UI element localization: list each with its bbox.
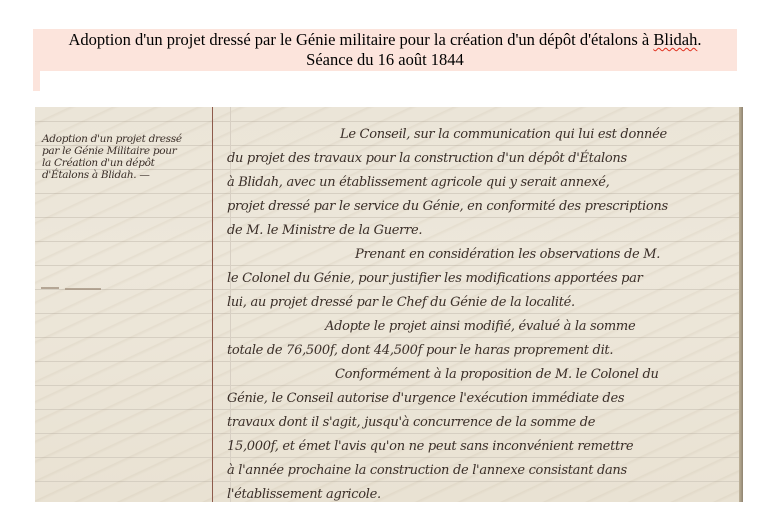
- body-line: totale de 76,500f, dont 44,500f pour le …: [227, 343, 613, 358]
- session-date: Séance du 16 août 1844: [33, 50, 737, 70]
- document-title: Adoption d'un projet dressé par le Génie…: [33, 29, 737, 50]
- margin-dash-mark: [41, 287, 59, 289]
- document-header: Adoption d'un projet dressé par le Génie…: [33, 29, 737, 71]
- body-line: projet dressé par le service du Génie, e…: [227, 199, 668, 214]
- title-text: Adoption d'un projet dressé par le Génie…: [69, 30, 654, 49]
- margin-note: Adoption d'un projet dressé par le Génie…: [42, 133, 182, 181]
- margin-note-line: la Création d'un dépôt: [42, 157, 182, 169]
- body-line: Génie, le Conseil autorise d'urgence l'e…: [227, 391, 624, 406]
- page-binding-edge: [739, 107, 743, 502]
- body-line: de M. le Ministre de la Guerre.: [227, 223, 422, 238]
- body-line: l'établissement agricole.: [227, 487, 381, 502]
- body-line: lui, au projet dressé par le Chef du Gén…: [227, 295, 575, 310]
- body-line: à Blidah, avec un établissement agricole…: [227, 175, 610, 190]
- margin-dash-mark: [65, 288, 101, 290]
- margin-note-line: par le Génie Militaire pour: [42, 145, 182, 157]
- body-line: du projet des travaux pour la constructi…: [227, 151, 627, 166]
- misspelled-word-blidah[interactable]: Blidah: [653, 30, 697, 49]
- manuscript-scan-image: Adoption d'un projet dressé par le Génie…: [35, 107, 743, 502]
- margin-note-line: d'Étalons à Blidah. —: [42, 169, 182, 181]
- body-line: travaux dont il s'agit, jusqu'à concurre…: [227, 415, 595, 430]
- margin-note-line: Adoption d'un projet dressé: [42, 133, 182, 145]
- body-line: le Colonel du Génie, pour justifier les …: [227, 271, 643, 286]
- title-period: .: [697, 30, 701, 49]
- body-line: Conformément à la proposition de M. le C…: [335, 367, 659, 382]
- margin-rule-line: [212, 107, 213, 502]
- empty-paragraph-highlight[interactable]: [33, 71, 40, 91]
- body-line: Adopte le projet ainsi modifié, évalué à…: [325, 319, 635, 334]
- body-line: Le Conseil, sur la communication qui lui…: [340, 127, 667, 142]
- body-line: Prenant en considération les observation…: [355, 247, 660, 262]
- body-line: à l'année prochaine la construction de l…: [227, 463, 627, 478]
- body-line: 15,000f, et émet l'avis qu'on ne peut sa…: [227, 439, 633, 454]
